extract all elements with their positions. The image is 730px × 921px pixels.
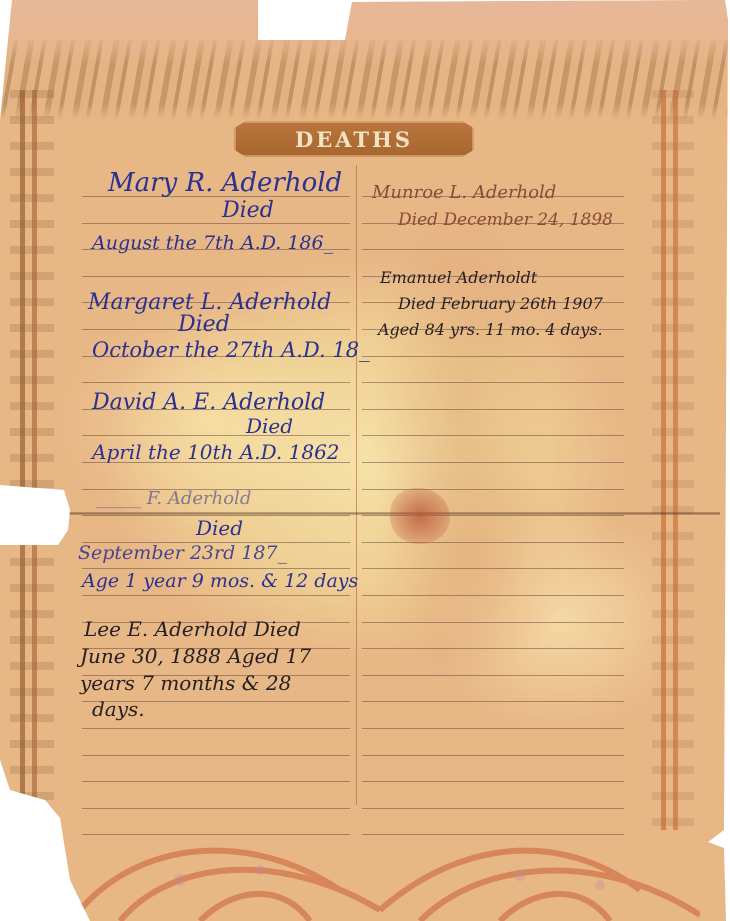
ruled-line (362, 595, 624, 596)
ruled-line (362, 755, 624, 756)
decorative-top-border (0, 40, 730, 120)
ruled-line (362, 728, 624, 729)
stain-spot (390, 488, 450, 544)
entry-date-line: September 23rd 187_ (78, 542, 287, 564)
entry-age-line: years 7 months & 28 (80, 671, 291, 695)
ruled-line (362, 435, 624, 436)
ruled-line (362, 675, 624, 676)
entry-died-line: Died (196, 516, 243, 540)
ruled-line (362, 356, 624, 357)
entry-name-line: Munroe L. Aderhold (372, 182, 556, 203)
entry-age-line: Aged 84 yrs. 11 mo. 4 days. (378, 320, 603, 339)
ruled-line (362, 808, 624, 809)
entry-age-line-cont: days. (92, 697, 145, 721)
entry-name-line: Lee E. Aderhold Died (84, 617, 301, 641)
ruled-line (362, 409, 624, 410)
page-title: DEATHS (295, 127, 413, 152)
ruled-line (82, 382, 350, 383)
ruled-line (362, 568, 624, 569)
ruled-line (82, 568, 350, 569)
ruled-line (82, 223, 350, 224)
ruled-line (82, 276, 350, 277)
entry-died-line: Died (222, 198, 274, 223)
decorative-right-border (656, 90, 690, 830)
entry-died-line: Died (178, 312, 230, 337)
ruled-line (82, 781, 350, 782)
ruled-line (362, 781, 624, 782)
ruled-line (82, 728, 350, 729)
ruled-line (362, 542, 624, 543)
column-divider (356, 165, 357, 805)
fold-crease (40, 512, 720, 515)
entry-age-line: Age 1 year 9 mos. & 12 days (82, 570, 358, 592)
entry-died-line: Died (246, 414, 293, 438)
ruled-line (362, 249, 624, 250)
entry-date-line: April the 10th A.D. 1862 (92, 440, 340, 464)
entry-name-line: _____ F. Aderhold (96, 488, 251, 509)
ruled-line (362, 701, 624, 702)
entry-name-line: David A. E. Aderhold (92, 390, 325, 415)
entry-date-line: Died December 24, 1898 (398, 210, 613, 230)
entry-date-line: October the 27th A.D. 18_ (92, 338, 370, 362)
ruled-line (362, 622, 624, 623)
decorative-bottom-border (80, 830, 700, 921)
ruled-line (82, 808, 350, 809)
ruled-line (82, 435, 350, 436)
register-page: DEATHS Mary R. Aderhold Died August the … (0, 0, 730, 921)
entry-name-line: Emanuel Aderholdt (380, 268, 537, 287)
entry-date-line: June 30, 1888 Aged 17 (80, 644, 311, 668)
ruled-line (362, 462, 624, 463)
entry-date-line: Died February 26th 1907 (398, 294, 603, 313)
entry-date-line: August the 7th A.D. 186_ (92, 232, 333, 254)
deaths-heading-banner: DEATHS (234, 121, 474, 157)
entry-name-line: Mary R. Aderhold (108, 168, 342, 198)
decorative-left-border (14, 90, 50, 810)
ruled-line (362, 648, 624, 649)
ruled-line (362, 489, 624, 490)
ruled-line (362, 382, 624, 383)
ruled-line (82, 755, 350, 756)
ruled-line (82, 595, 350, 596)
